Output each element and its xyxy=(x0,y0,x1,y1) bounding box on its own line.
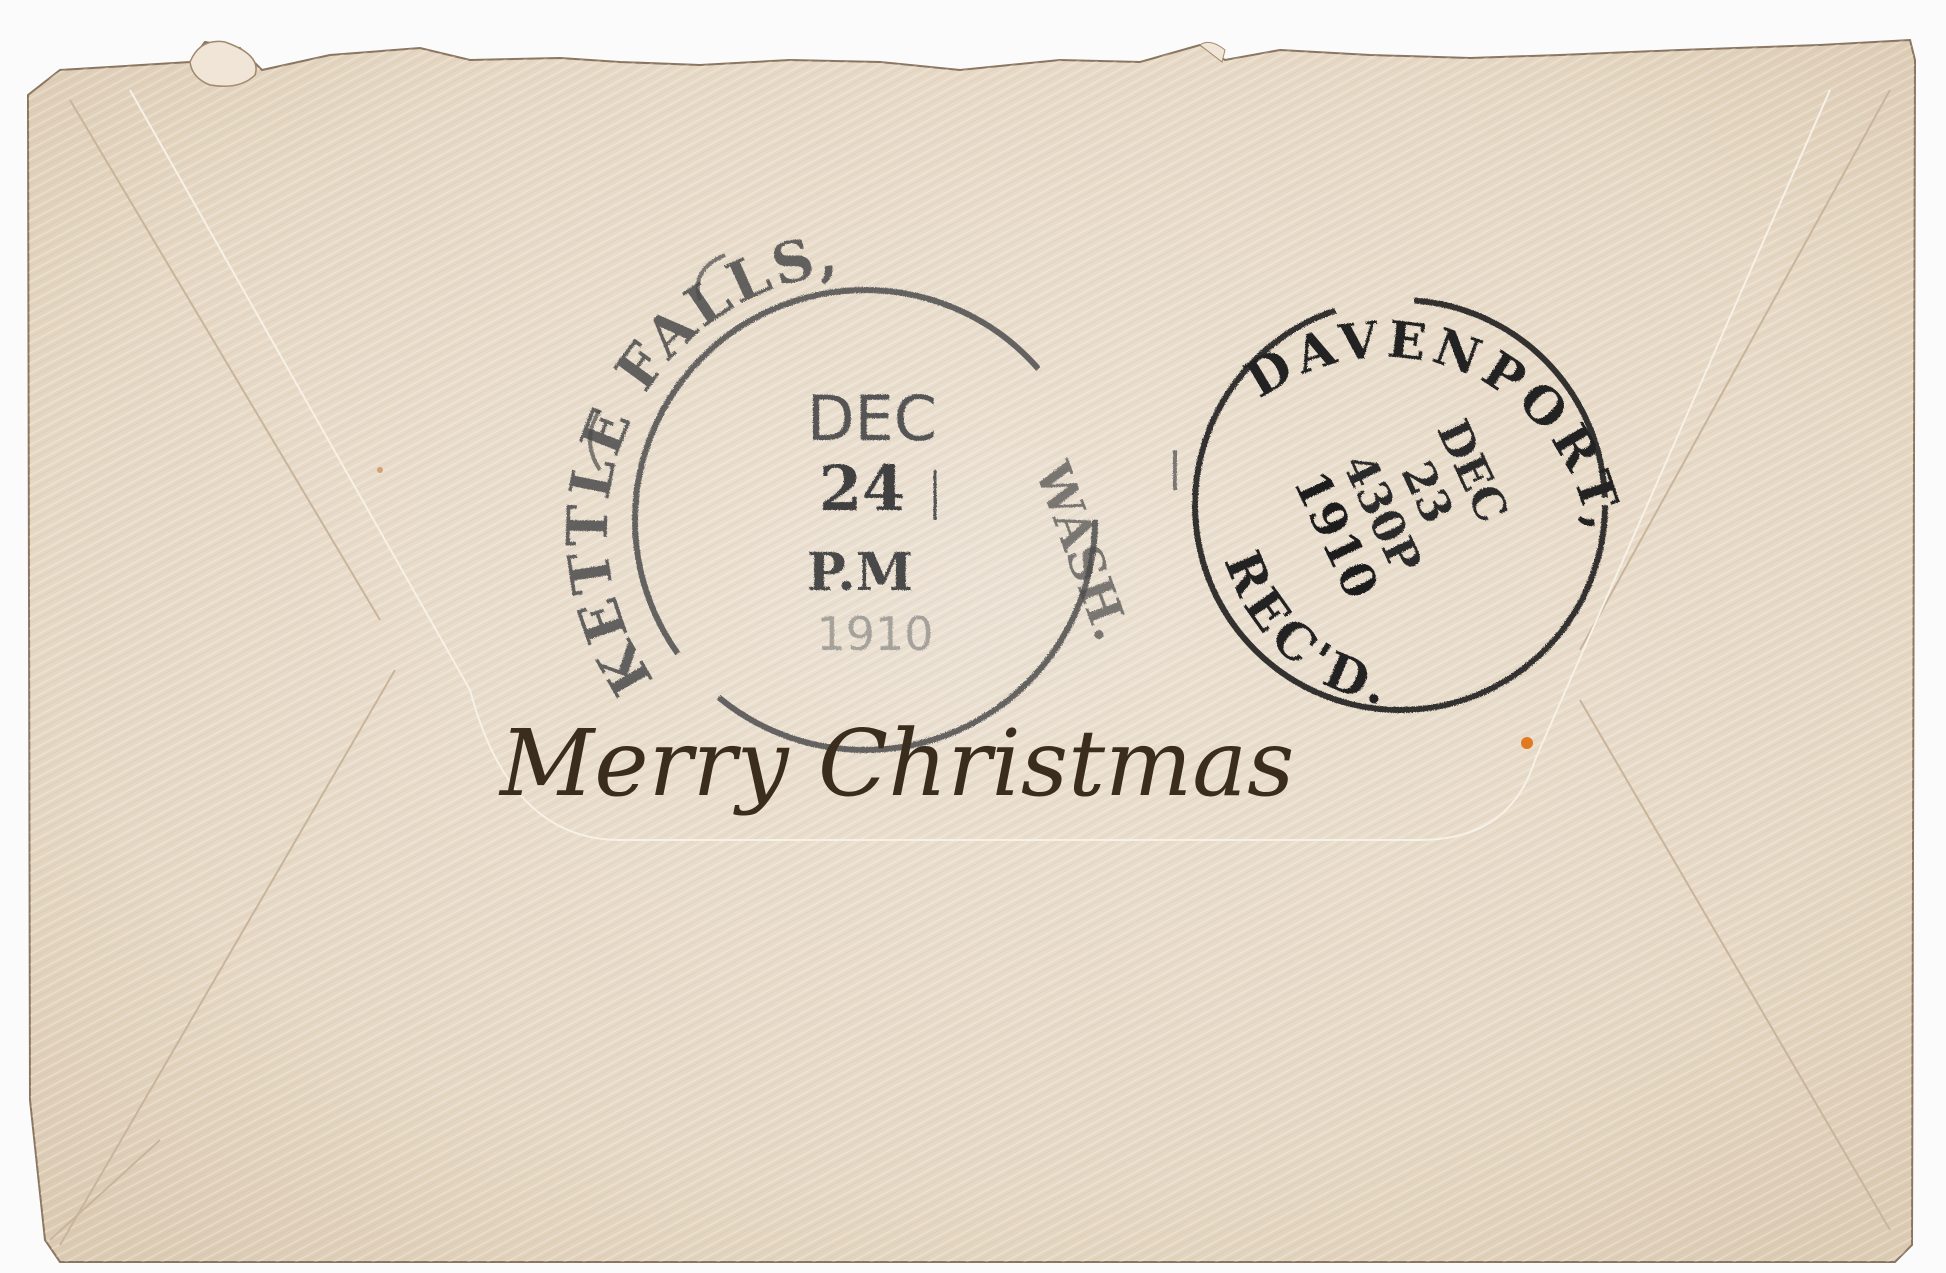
torn-flap-fragment xyxy=(190,41,256,86)
postmark-month: DEC xyxy=(807,382,937,455)
handwritten-inscription: Merry Christmas xyxy=(498,710,1294,817)
stain-spot xyxy=(1521,737,1533,749)
postmark-time: P.M xyxy=(807,542,913,603)
postmark-day: 24 xyxy=(819,452,905,525)
envelope-svg: KETTLE FALLS, WASH. DEC 24 P.M 1910 DAVE… xyxy=(0,0,1946,1273)
envelope-scan: KETTLE FALLS, WASH. DEC 24 P.M 1910 DAVE… xyxy=(0,0,1946,1273)
postmark-year: 1910 xyxy=(816,607,933,661)
